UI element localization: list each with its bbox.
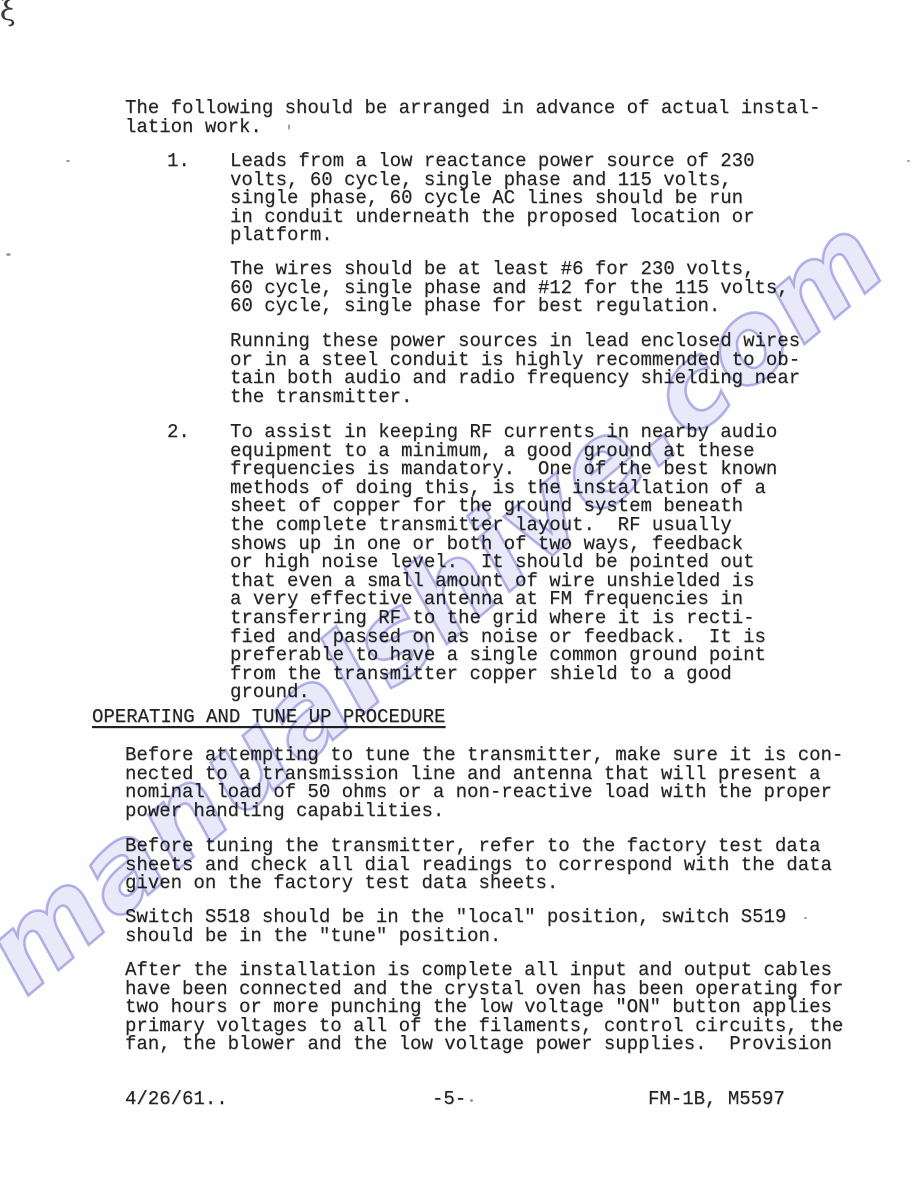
body-paragraph-2: Before tuning the transmitter, refer to … — [125, 837, 832, 893]
footer-doc-ref: FM-1B, M5597 — [648, 1090, 785, 1109]
footer-date: 4/26/61.. — [125, 1090, 228, 1109]
intro-paragraph: The following should be arranged in adva… — [125, 99, 821, 136]
scan-speck — [470, 1099, 473, 1102]
handwritten-corner-mark: ξ — [0, 1, 17, 21]
body-paragraph-3: Switch S518 should be in the "local" pos… — [125, 908, 786, 945]
section-heading: OPERATING AND TUNE UP PROCEDURE — [92, 708, 445, 727]
body-paragraph-4: After the installation is complete all i… — [125, 961, 843, 1054]
scan-speck — [6, 253, 11, 256]
footer-page-number: -5- — [432, 1090, 466, 1109]
list-item-1-paragraph-2: The wires should be at least #6 for 230 … — [230, 260, 789, 316]
list-item-2-paragraph-1: To assist in keeping RF currents in near… — [230, 423, 777, 702]
list-item-1-paragraph-1: Leads from a low reactance power source … — [230, 152, 755, 245]
list-item-1-number: 1. — [167, 152, 190, 171]
body-paragraph-1: Before attempting to tune the transmitte… — [125, 746, 843, 820]
list-item-2-number: 2. — [167, 423, 190, 442]
scan-speck — [804, 917, 807, 919]
scanned-manual-page: ξ The following should be arranged in ad… — [0, 0, 918, 1188]
list-item-1-paragraph-3: Running these power sources in lead encl… — [230, 332, 800, 406]
scan-speck — [66, 160, 70, 162]
scan-speck — [907, 160, 910, 162]
